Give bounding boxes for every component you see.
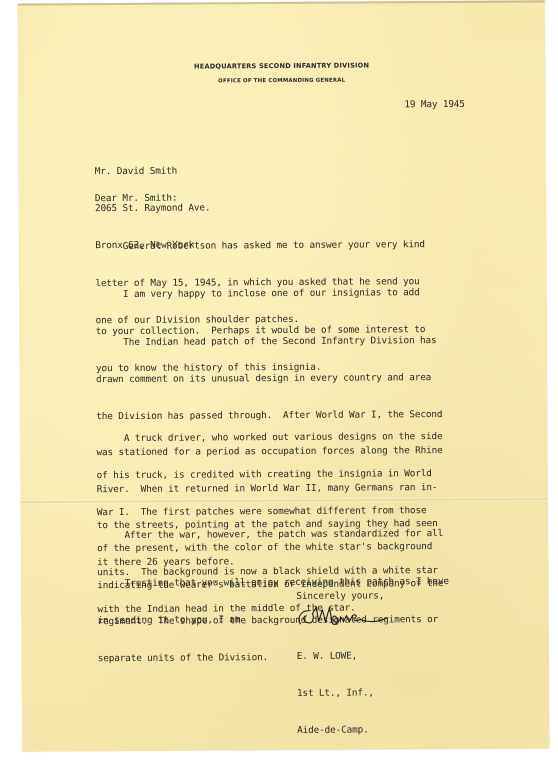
text-line: in sending it to you, I am (97, 613, 449, 627)
letterhead-office: OFFICE OF THE COMMANDING GENERAL (18, 76, 545, 85)
text-line: The Indian head patch of the Second Infa… (96, 335, 442, 349)
letter-date: 19 May 1945 (404, 99, 465, 112)
text-line: General Robertson has asked me to answer… (95, 240, 425, 254)
paragraph-closing-remark: Trusting that you will enjoy receiving t… (97, 552, 449, 652)
text-line: of his truck, is credited with creating … (97, 468, 443, 482)
salutation: Dear Mr. Smith: (95, 193, 177, 206)
letter-paper: HEADQUARTERS SECOND INFANTRY DIVISION OF… (18, 0, 550, 751)
text-line: I am very happy to inclose one of our in… (95, 288, 425, 302)
text-line: Trusting that you will enjoy receiving t… (97, 576, 449, 590)
text-line: A truck driver, who worked out various d… (96, 431, 442, 445)
address-line: Mr. David Smith (95, 166, 210, 179)
text-line: drawn comment on its unusual design in e… (96, 372, 442, 386)
letterhead-organization: HEADQUARTERS SECOND INFANTRY DIVISION (18, 60, 545, 71)
signer-block: E. W. LOWE, 1st Lt., Inf., Aide-de-Camp. (297, 626, 375, 761)
text-line: After the war, however, the patch was st… (97, 528, 443, 542)
signer-rank: 1st Lt., Inf., (297, 687, 374, 700)
text-line: separate units of the Division. (98, 651, 444, 665)
signer-title: Aide-de-Camp. (297, 724, 374, 737)
signer-name: E. W. LOWE, (297, 651, 374, 664)
